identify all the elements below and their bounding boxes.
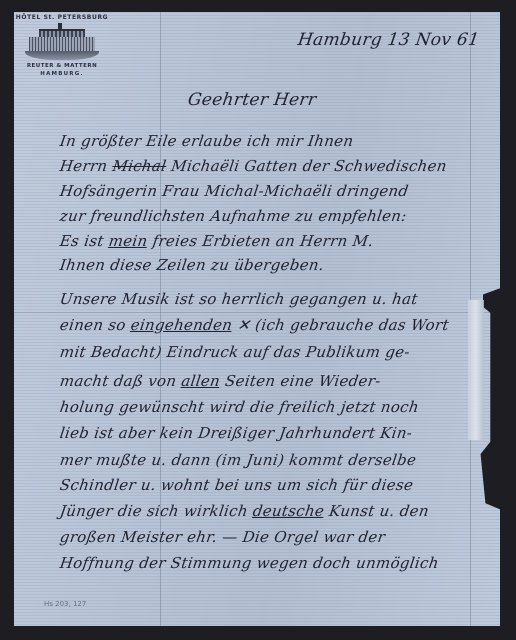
hotel-letterhead: HÔTEL St. PETERSBURG REUTER & MATTERN HA… [14,12,110,77]
letter-line: einen so eingehenden ✕ (ich gebrauche da… [59,316,450,334]
place-date: Hamburg 13 Nov 61 [297,30,481,50]
underlined-word: allen [180,372,221,390]
fold-crease-horizontal [14,312,500,313]
letter-line: großen Meister ehr. — Die Orgel war der [59,528,387,546]
torn-paper-edge [468,300,484,440]
underlined-word: mein [108,232,149,250]
letter-line: In größter Eile erlaube ich mir Ihnen [59,132,355,150]
letter-line: Schindler u. wohnt bei uns um sich für d… [59,476,415,494]
archive-pencil-note: Hs 203, 127 [44,600,86,608]
letter-line: Es ist mein freies Erbieten an Herrn M. [59,232,375,250]
letter-line: zur freundlichsten Aufnahme zu empfehlen… [59,207,408,225]
letter-line: Ihnen diese Zeilen zu übergeben. [59,256,326,274]
hotel-building-engraving-icon [25,23,99,61]
underlined-word: eingehenden [130,316,234,334]
letter-line: mer mußte u. dann (im Juni) kommt dersel… [59,451,418,469]
salutation: Geehrter Herr [187,90,318,110]
letter-line: Hoffnung der Stimmung wegen doch unmögli… [59,554,440,572]
letterhead-proprietors: REUTER & MATTERN [14,63,110,69]
underlined-word: deutsche [252,502,326,520]
letter-line: Jünger die sich wirklich deutsche Kunst … [59,502,430,520]
letter-line: macht daß von allen Seiten eine Wieder- [59,372,382,390]
letter-line: lieb ist aber kein Dreißiger Jahrhundert… [59,424,414,442]
letterhead-city: HAMBURG. [14,71,110,77]
struck-word: Michal [111,157,167,175]
letter-line: mit Bedacht) Eindruck auf das Publikum g… [59,343,411,361]
letter-line: Herrn Michal Michaëli Gatten der Schwedi… [59,157,448,175]
letter-line: Unsere Musik ist so herrlich gegangen u.… [59,290,419,308]
letter-line: holung gewünscht wird die freilich jetzt… [59,398,420,416]
letter-line: Hofsängerin Frau Michal-Michaëli dringen… [59,182,410,200]
letterhead-hotel-name: HÔTEL St. PETERSBURG [14,14,110,21]
